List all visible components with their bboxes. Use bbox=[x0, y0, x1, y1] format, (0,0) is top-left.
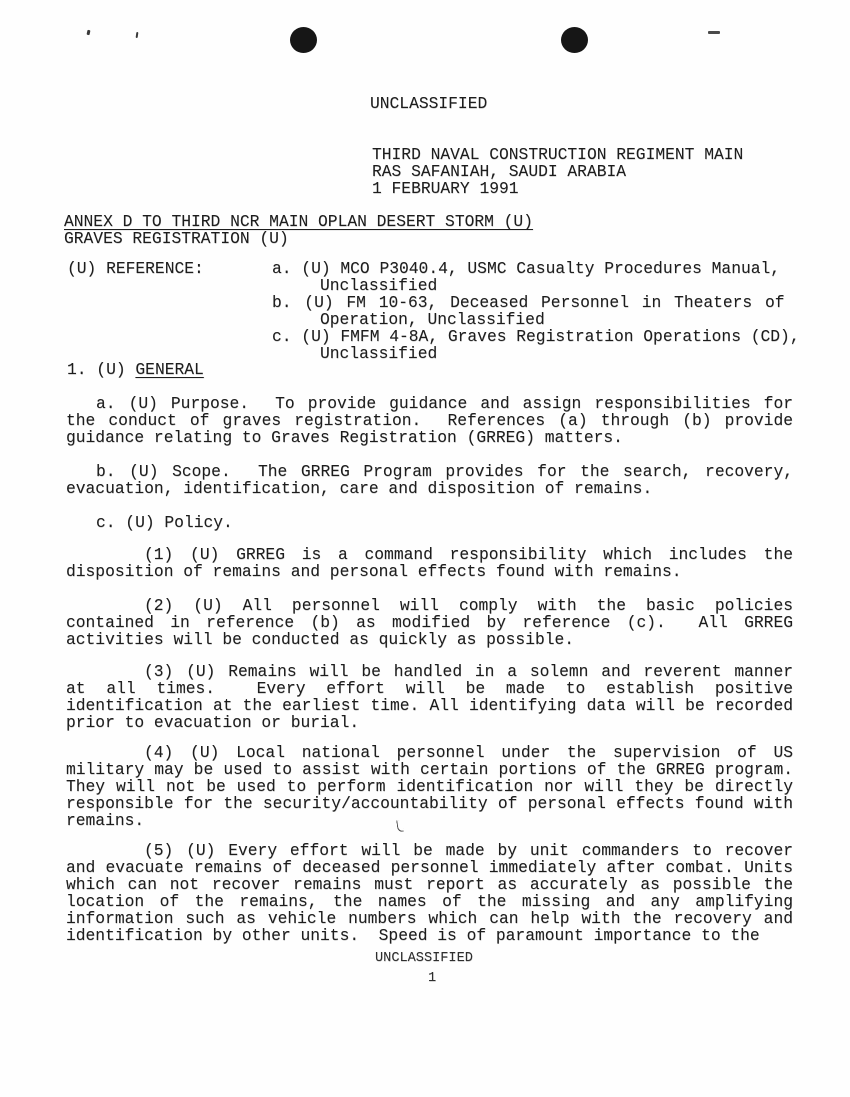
reference-label: (U) REFERENCE: bbox=[67, 260, 204, 277]
section-title: GENERAL bbox=[135, 360, 203, 379]
paragraph-policy: c. (U) Policy. bbox=[66, 514, 793, 531]
text-line: contained in reference (b) as modified b… bbox=[66, 614, 793, 631]
text-line: (4) (U) Local national personnel under t… bbox=[66, 744, 793, 761]
letterhead: THIRD NAVAL CONSTRUCTION REGIMENT MAIN R… bbox=[372, 146, 743, 197]
annex-title-block: ANNEX D TO THIRD NCR MAIN OPLAN DESERT S… bbox=[64, 213, 533, 247]
text-line: (3) (U) Remains will be handled in a sol… bbox=[66, 663, 793, 680]
text-line: (1) (U) GRREG is a command responsibilit… bbox=[66, 546, 793, 563]
text-line: and evacuate remains of deceased personn… bbox=[66, 859, 793, 876]
paragraph-purpose: a. (U) Purpose. To provide guidance and … bbox=[66, 395, 793, 446]
text-line: identification at the earliest time. All… bbox=[66, 697, 793, 714]
document-page: UNCLASSIFIED THIRD NAVAL CONSTRUCTION RE… bbox=[0, 0, 850, 1097]
text-line: b. (U) FM 10-63, Deceased Personnel in T… bbox=[272, 294, 816, 311]
letterhead-location: RAS SAFANIAH, SAUDI ARABIA bbox=[372, 163, 743, 180]
text-line: the conduct of graves registration. Refe… bbox=[66, 412, 793, 429]
text-line: information such as vehicle numbers whic… bbox=[66, 910, 793, 927]
text-line: identification by other units. Speed is … bbox=[66, 927, 793, 944]
text-line: a. (U) MCO P3040.4, USMC Casualty Proced… bbox=[272, 260, 816, 277]
hole-punch-right bbox=[561, 27, 588, 53]
dash-artifact bbox=[708, 31, 720, 34]
annex-subtitle: GRAVES REGISTRATION (U) bbox=[64, 230, 533, 247]
text-line: c. (U) Policy. bbox=[66, 514, 793, 531]
paragraph-scope: b. (U) Scope. The GRREG Program provides… bbox=[66, 463, 793, 497]
classification-footer: UNCLASSIFIED bbox=[375, 951, 473, 967]
subparagraph-2: (2) (U) All personnel will comply with t… bbox=[66, 597, 793, 648]
speck-artifact bbox=[136, 32, 139, 38]
subparagraph-5: (5) (U) Every effort will be made by uni… bbox=[66, 842, 793, 944]
text-line: at all times. Every effort will be made … bbox=[66, 680, 793, 697]
text-line: responsible for the security/accountabil… bbox=[66, 795, 793, 812]
letterhead-unit: THIRD NAVAL CONSTRUCTION REGIMENT MAIN bbox=[372, 146, 743, 163]
text-line: (5) (U) Every effort will be made by uni… bbox=[66, 842, 793, 859]
subparagraph-3: (3) (U) Remains will be handled in a sol… bbox=[66, 663, 793, 731]
text-line: c. (U) FMFM 4-8A, Graves Registration Op… bbox=[272, 328, 816, 345]
classification-header: UNCLASSIFIED bbox=[370, 95, 487, 112]
subparagraph-1: (1) (U) GRREG is a command responsibilit… bbox=[66, 546, 793, 580]
text-line: b. (U) Scope. The GRREG Program provides… bbox=[66, 463, 793, 480]
speck-artifact bbox=[87, 30, 91, 36]
letterhead-date: 1 FEBRUARY 1991 bbox=[372, 180, 743, 197]
reference-list: a. (U) MCO P3040.4, USMC Casualty Proced… bbox=[272, 260, 816, 362]
text-line: Unclassified bbox=[272, 277, 816, 294]
text-line: Operation, Unclassified bbox=[272, 311, 816, 328]
text-line: Unclassified bbox=[272, 345, 816, 362]
subparagraph-4: (4) (U) Local national personnel under t… bbox=[66, 744, 793, 829]
text-line: military may be used to assist with cert… bbox=[66, 761, 793, 778]
text-line: which can not recover remains must repor… bbox=[66, 876, 793, 893]
text-line: (2) (U) All personnel will comply with t… bbox=[66, 597, 793, 614]
text-line: evacuation, identification, care and dis… bbox=[66, 480, 793, 497]
text-line: activities will be conducted as quickly … bbox=[66, 631, 793, 648]
text-line: They will not be used to perform identif… bbox=[66, 778, 793, 795]
text-line: location of the remains, the names of th… bbox=[66, 893, 793, 910]
section-number: 1. (U) bbox=[67, 360, 135, 379]
page-number: 1 bbox=[428, 971, 436, 987]
text-line: remains. bbox=[66, 812, 793, 829]
section-heading: 1. (U) GENERAL bbox=[67, 361, 204, 378]
annex-title: ANNEX D TO THIRD NCR MAIN OPLAN DESERT S… bbox=[64, 213, 533, 230]
text-line: prior to evacuation or burial. bbox=[66, 714, 793, 731]
hole-punch-left bbox=[290, 27, 317, 53]
text-line: guidance relating to Graves Registration… bbox=[66, 429, 793, 446]
text-line: disposition of remains and personal effe… bbox=[66, 563, 793, 580]
text-line: a. (U) Purpose. To provide guidance and … bbox=[66, 395, 793, 412]
